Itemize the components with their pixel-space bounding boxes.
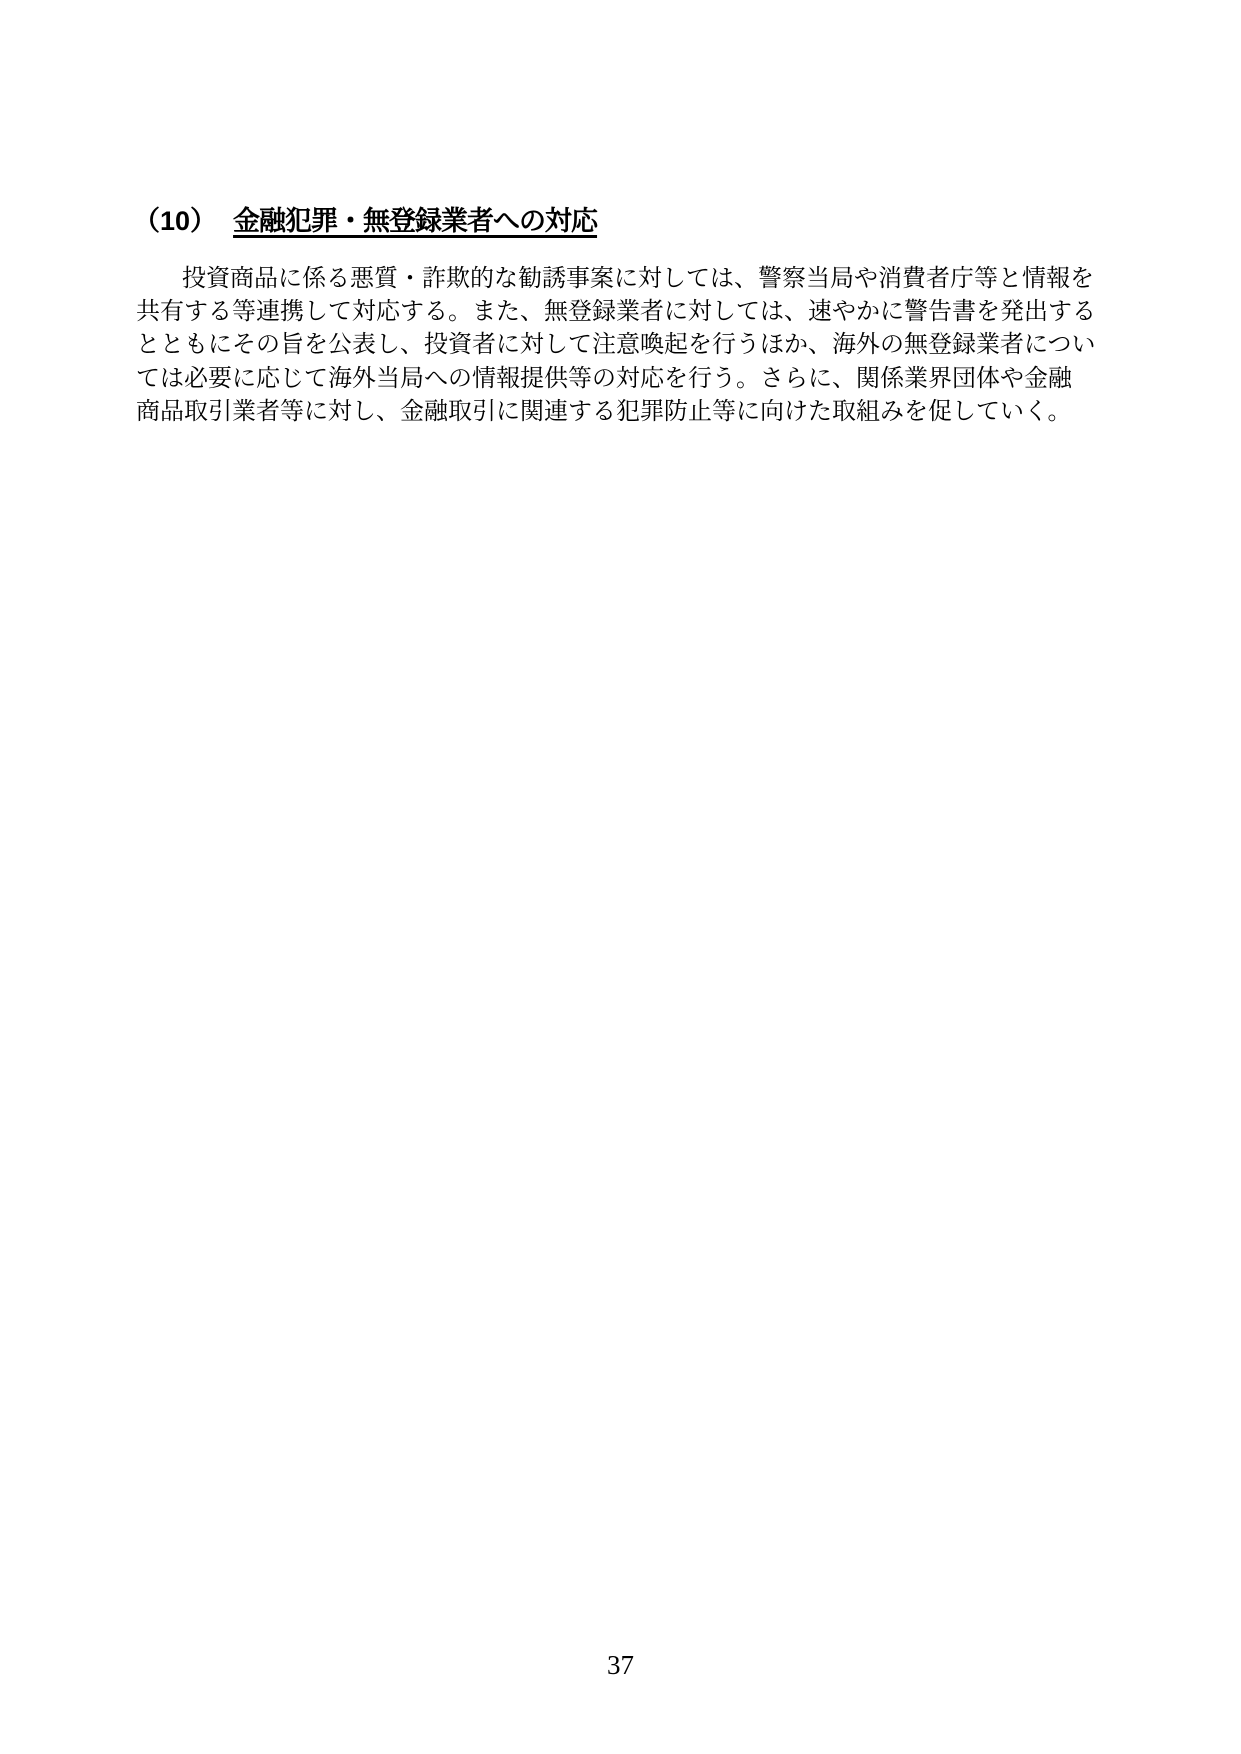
paragraph-line: とともにその旨を公表し、投資者に対して注意喚起を行うほか、海外の無登録業者につい — [136, 328, 1116, 361]
paragraph-line: 投資商品に係る悪質・詐欺的な勧誘事案に対しては、警察当局や消費者庁等と情報を — [136, 262, 1116, 295]
document-page: （10）金融犯罪・無登録業者への対応 投資商品に係る悪質・詐欺的な勧誘事案に対し… — [0, 0, 1241, 1754]
section-paragraph: 投資商品に係る悪質・詐欺的な勧誘事案に対しては、警察当局や消費者庁等と情報を 共… — [136, 262, 1116, 428]
section-number: （10） — [133, 206, 217, 236]
section-heading: （10）金融犯罪・無登録業者への対応 — [133, 199, 597, 238]
paragraph-line: ては必要に応じて海外当局への情報提供等の対応を行う。さらに、関係業界団体や金融 — [136, 362, 1116, 395]
paragraph-line: 商品取引業者等に対し、金融取引に関連する犯罪防止等に向けた取組みを促していく。 — [136, 395, 1116, 428]
section-title: 金融犯罪・無登録業者への対応 — [233, 206, 597, 236]
paragraph-line: 共有する等連携して対応する。また、無登録業者に対しては、速やかに警告書を発出する — [136, 295, 1116, 328]
page-number: 37 — [0, 1650, 1241, 1681]
